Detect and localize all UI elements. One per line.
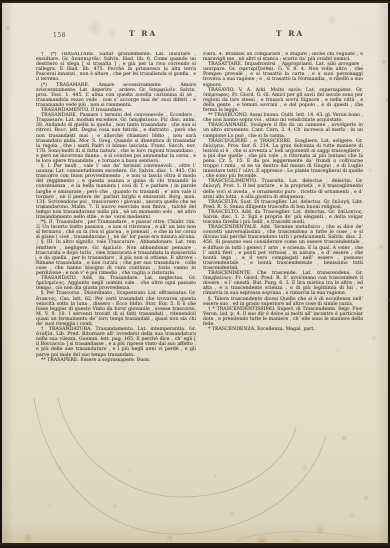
entry-paragraph: † TRASANDATURA. Trasandamento. Lat. inte…	[36, 327, 196, 358]
entry-paragraph: (*) TRASAMARE. Amare eccessivamente , Am…	[36, 83, 196, 108]
entry-paragraph: §. Per Trascorso , Disordinato , Scapest…	[36, 291, 196, 327]
entry-paragraph: TRASCEGLIERE , e TRASCERRE. Scegliere. L…	[203, 139, 363, 180]
entry-paragraph: ** TRASBUONO. Assai buono. Guitt. lett. …	[203, 113, 363, 123]
entry-paragraph: TRASCENDENTE. Che trascende. Lat. transc…	[203, 271, 363, 296]
entry-paragraph: §. III. In altro signific. vale Trascura…	[36, 240, 196, 276]
running-head-left: T RA	[129, 29, 157, 38]
page-number: 158	[53, 32, 66, 39]
entry-paragraph: TRASCANNARE. Svolgere il filo da un cann…	[203, 123, 363, 138]
entry-paragraph: Fiera. 4. Bradissi un comparare , e stup…	[203, 52, 363, 62]
entry-paragraph: † (*) TRASALTARE. Saltar grandemente. La…	[36, 52, 196, 83]
entry-paragraph: TRASCELTA. Sust. Di trasceglier. Lat. de…	[203, 200, 363, 210]
entry-paragraph: TRASCEGLIMENTO. Trascelta. Lat. delectus…	[203, 179, 363, 199]
entry-paragraph: §. Talora trascendente dicesi Quello che…	[203, 297, 363, 307]
page-header: 158 T RA T RA	[0, 29, 390, 41]
entry-paragraph: *§. II. Trasandare , per Tramandare , e …	[36, 220, 196, 240]
entry-paragraph: TRASCELTO. Add. da Trasceglier. Lat. del…	[203, 210, 363, 225]
scanned-book-page: 158 T RA T RA † (*) TRASALTARE. Saltar g…	[0, 0, 390, 548]
entry-paragraph: † * TRASCENDENTISSIMO. Superl. di Trasce…	[203, 307, 363, 327]
entry-paragraph: TRASANDATO. Add. da Trasandare. Lat. neg…	[36, 276, 196, 291]
entry-paragraph: §. I. Per modi , vale l’ uso de’ termini…	[36, 164, 196, 220]
entry-paragraph: TRASANDARE. Passare i termini del conven…	[36, 113, 196, 164]
entry-paragraph: ** TRASAPERE. Essere a soprassapere. Buo…	[36, 358, 196, 363]
entry-paragraph: TRASATTARE. Impadronirsi , Appropriarsi.…	[203, 62, 363, 87]
running-head-right: T RA	[276, 29, 304, 38]
page-edge-bottom	[0, 543, 390, 548]
page-edge-top	[0, 0, 390, 3]
entry-paragraph: TRASAVIO. V. A. Add. Molto savio. Lat. s…	[203, 88, 363, 113]
entry-paragraph: * TRASCENDENZA. Eccellenza. Magal. part.	[203, 327, 363, 332]
text-column-right: Fiera. 4. Bradissi un comparare , e stup…	[203, 52, 363, 440]
entry-paragraph: TRASCENDENTALE. Add. Termine metafisico …	[203, 225, 363, 271]
text-column-left: † (*) TRASALTARE. Saltar grandemente. La…	[36, 52, 196, 434]
